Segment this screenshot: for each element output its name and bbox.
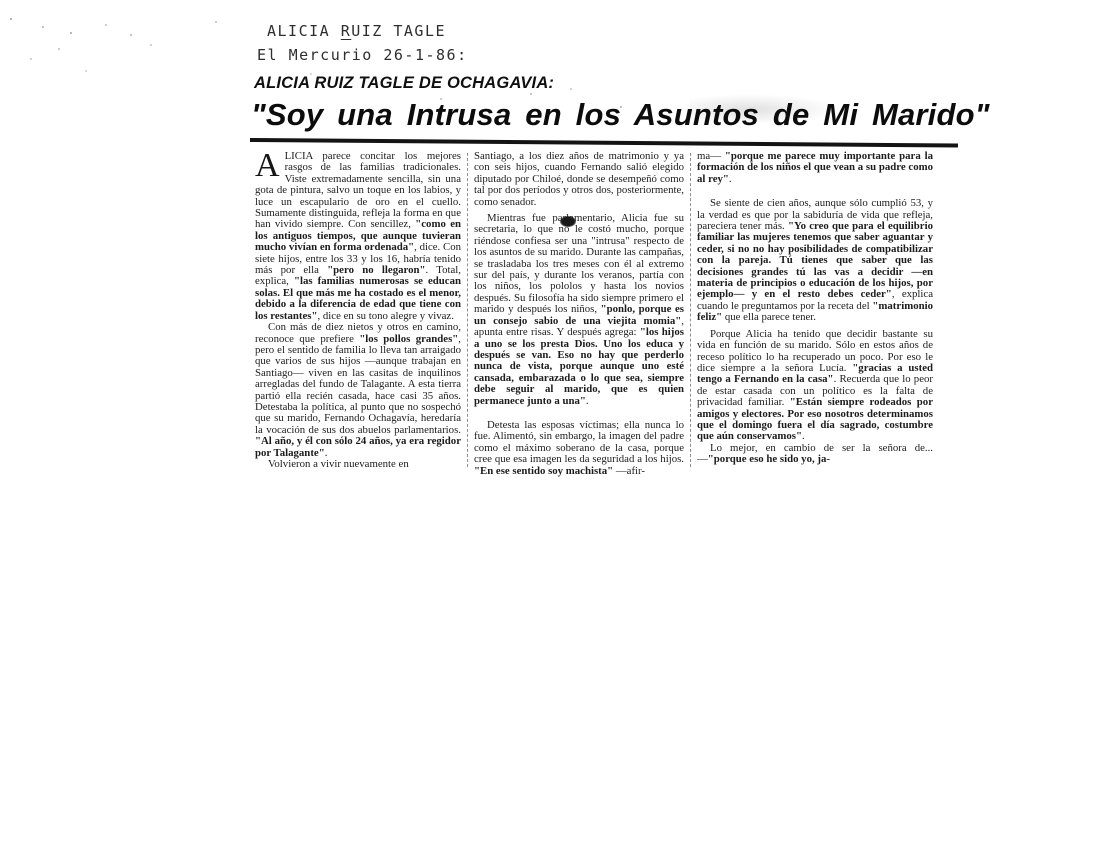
text-segment: —afir- — [613, 465, 645, 477]
article-paragraph: Detesta las esposas víctimas; ella nunca… — [474, 420, 684, 477]
headline-rule — [250, 138, 958, 148]
text-segment: , pero el sentido de familia lo lleva ta… — [255, 333, 461, 436]
text-segment: ma— — [697, 150, 725, 162]
drop-cap: A — [255, 151, 285, 180]
newspaper-clipping-scan: ALICIA RUIZ TAGLE El Mercurio 26-1-86: A… — [0, 0, 1100, 850]
article-column-3: ma— "porque me parece muy importante par… — [697, 151, 933, 477]
article-paragraph: Mientras fue parlamentario, Alicia fue s… — [474, 213, 684, 407]
article-headline: "Soy una Intrusa en los Asuntos de Mi Ma… — [251, 97, 990, 133]
article-paragraph: Se siente de cien años, aunque sólo cump… — [697, 198, 933, 323]
bold-quote-segment: "los hijos a uno se los presta Dios. Uno… — [474, 326, 684, 406]
article-paragraph: ALICIA parece concitar los mejores rasgo… — [255, 151, 461, 322]
text-segment: . — [325, 447, 328, 459]
text-segment: . — [729, 173, 732, 185]
scan-noise-speckles — [10, 18, 12, 20]
text-segment: que ella parece tener. — [722, 311, 816, 323]
article-paragraph: Santiago, a los diez años de matrimonio … — [474, 151, 684, 208]
column-separator — [690, 153, 691, 467]
bold-quote-segment: "porque me parece muy importante para la… — [697, 150, 933, 185]
text-segment: Volvieron a vivir nuevamente en — [268, 458, 409, 470]
bold-quote-segment: "En ese sentido soy machista" — [474, 465, 613, 477]
article-paragraph: Lo mejor, en cambio de ser la señora de.… — [697, 443, 933, 466]
text-segment: . — [802, 430, 805, 442]
typed-annotation-name: ALICIA RUIZ TAGLE — [267, 22, 446, 40]
typed-name-part: ALICIA — [267, 22, 341, 40]
bold-quote-segment: "porque eso he sido yo, ja- — [708, 453, 830, 465]
article-paragraph: Con más de diez nietos y otros en camino… — [255, 322, 461, 459]
article-column-2: Santiago, a los diez años de matrimonio … — [474, 151, 684, 477]
typed-name-underlined-letter: R — [341, 22, 352, 40]
column-separator — [467, 153, 468, 467]
text-segment: , dice en su tono alegre y vivaz. — [317, 310, 453, 322]
text-segment: Santiago, a los diez años de matrimonio … — [474, 150, 684, 208]
text-segment: Mientras fue parlamentario, Alicia fue s… — [474, 212, 684, 315]
typed-source-line: El Mercurio 26-1-86: — [257, 46, 468, 64]
article-kicker: ALICIA RUIZ TAGLE DE OCHAGAVIA: — [254, 74, 554, 93]
text-segment: . — [586, 395, 589, 407]
bold-quote-segment: "pero no llegaron" — [327, 264, 425, 276]
ink-blot-artifact — [560, 216, 576, 227]
article-paragraph: Porque Alicia ha tenido que decidir bast… — [697, 329, 933, 443]
bold-quote-segment: "Al año, y él con sólo 24 años, ya era r… — [255, 435, 461, 458]
article-column-1: ALICIA parece concitar los mejores rasgo… — [255, 151, 461, 477]
article-body: ALICIA parece concitar los mejores rasgo… — [255, 151, 933, 477]
article-paragraph: ma— "porque me parece muy importante par… — [697, 151, 933, 185]
typed-name-part: UIZ TAGLE — [351, 22, 446, 40]
text-segment: Detesta las esposas víctimas; ella nunca… — [474, 419, 684, 465]
article-paragraph: Volvieron a vivir nuevamente en — [255, 459, 461, 470]
bold-quote-segment: "los pollos grandes" — [359, 333, 458, 345]
